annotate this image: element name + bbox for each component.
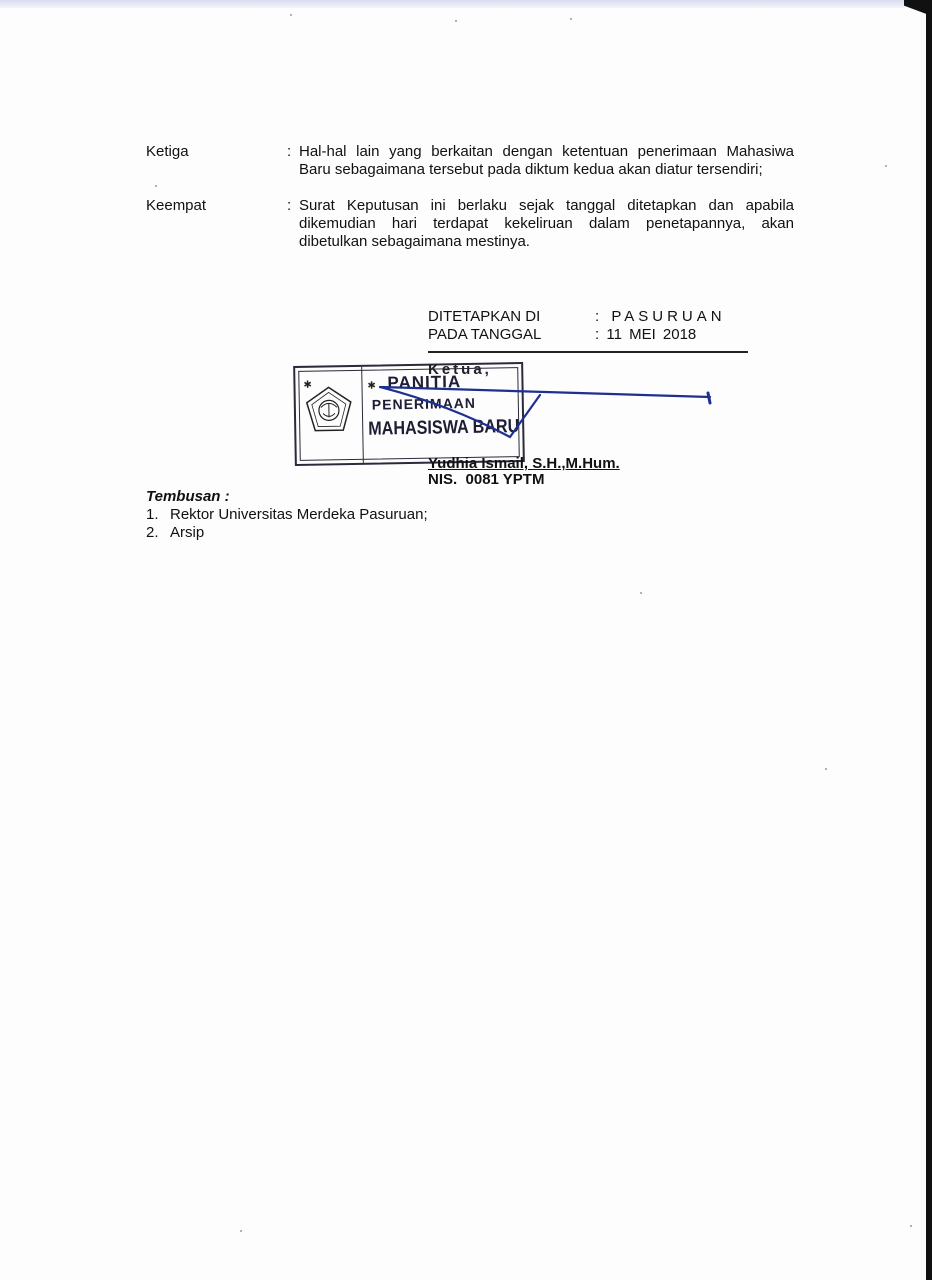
clause-line: dikemudian hari terdapat kekeliruan dala… <box>299 215 794 233</box>
scan-speck <box>885 165 887 167</box>
scan-edge-right <box>926 0 932 1280</box>
scan-edge-top <box>0 0 905 8</box>
list-item-number: 1. <box>146 506 159 524</box>
list-item: 1. Rektor Universitas Merdeka Pasuruan; <box>146 506 428 524</box>
list-item-number: 2. <box>146 524 159 542</box>
copies-title: Tembusan : <box>146 488 230 505</box>
handwritten-signature <box>360 375 720 455</box>
enactment-place-label: DITETAPKAN DI <box>428 308 540 326</box>
scan-speck <box>825 768 827 770</box>
signer-id: NIS. 0081 YPTM <box>428 471 544 488</box>
university-logo-icon <box>303 385 354 436</box>
scan-speck <box>155 185 157 187</box>
signer-name: Yudhia Ismail, S.H.,M.Hum. <box>428 455 620 472</box>
clause-line: Hal-hal lain yang berkaitan dengan keten… <box>299 143 794 161</box>
scan-corner <box>904 0 932 14</box>
scan-speck <box>290 14 292 16</box>
clause-label: Keempat <box>146 197 206 215</box>
clause-text: Hal-hal lain yang berkaitan dengan keten… <box>299 143 794 179</box>
enactment-place-value: : PASURUAN <box>595 308 726 326</box>
clause-colon: : <box>287 143 291 161</box>
clause-line: Surat Keputusan ini berlaku sejak tangga… <box>299 197 794 215</box>
enactment-date-label: PADA TANGGAL <box>428 326 541 344</box>
clause-text: Surat Keputusan ini berlaku sejak tangga… <box>299 197 794 251</box>
clause-line: dibetulkan sebagaimana mestinya. <box>299 233 794 251</box>
scan-speck <box>910 1225 912 1227</box>
scan-speck <box>455 20 457 22</box>
list-item: 2. Arsip <box>146 524 428 542</box>
clause-line: Baru sebagaimana tersebut pada diktum ke… <box>299 161 794 179</box>
scan-speck <box>640 592 642 594</box>
enactment-divider <box>428 351 748 353</box>
copies-list: 1. Rektor Universitas Merdeka Pasuruan; … <box>146 506 428 542</box>
enactment-date-value: : 11 MEI 2018 <box>595 326 696 344</box>
clause-label: Ketiga <box>146 143 189 161</box>
list-item-text: Arsip <box>170 524 204 541</box>
clause-colon: : <box>287 197 291 215</box>
scan-speck <box>240 1230 242 1232</box>
scan-speck <box>570 18 572 20</box>
list-item-text: Rektor Universitas Merdeka Pasuruan; <box>170 506 428 523</box>
